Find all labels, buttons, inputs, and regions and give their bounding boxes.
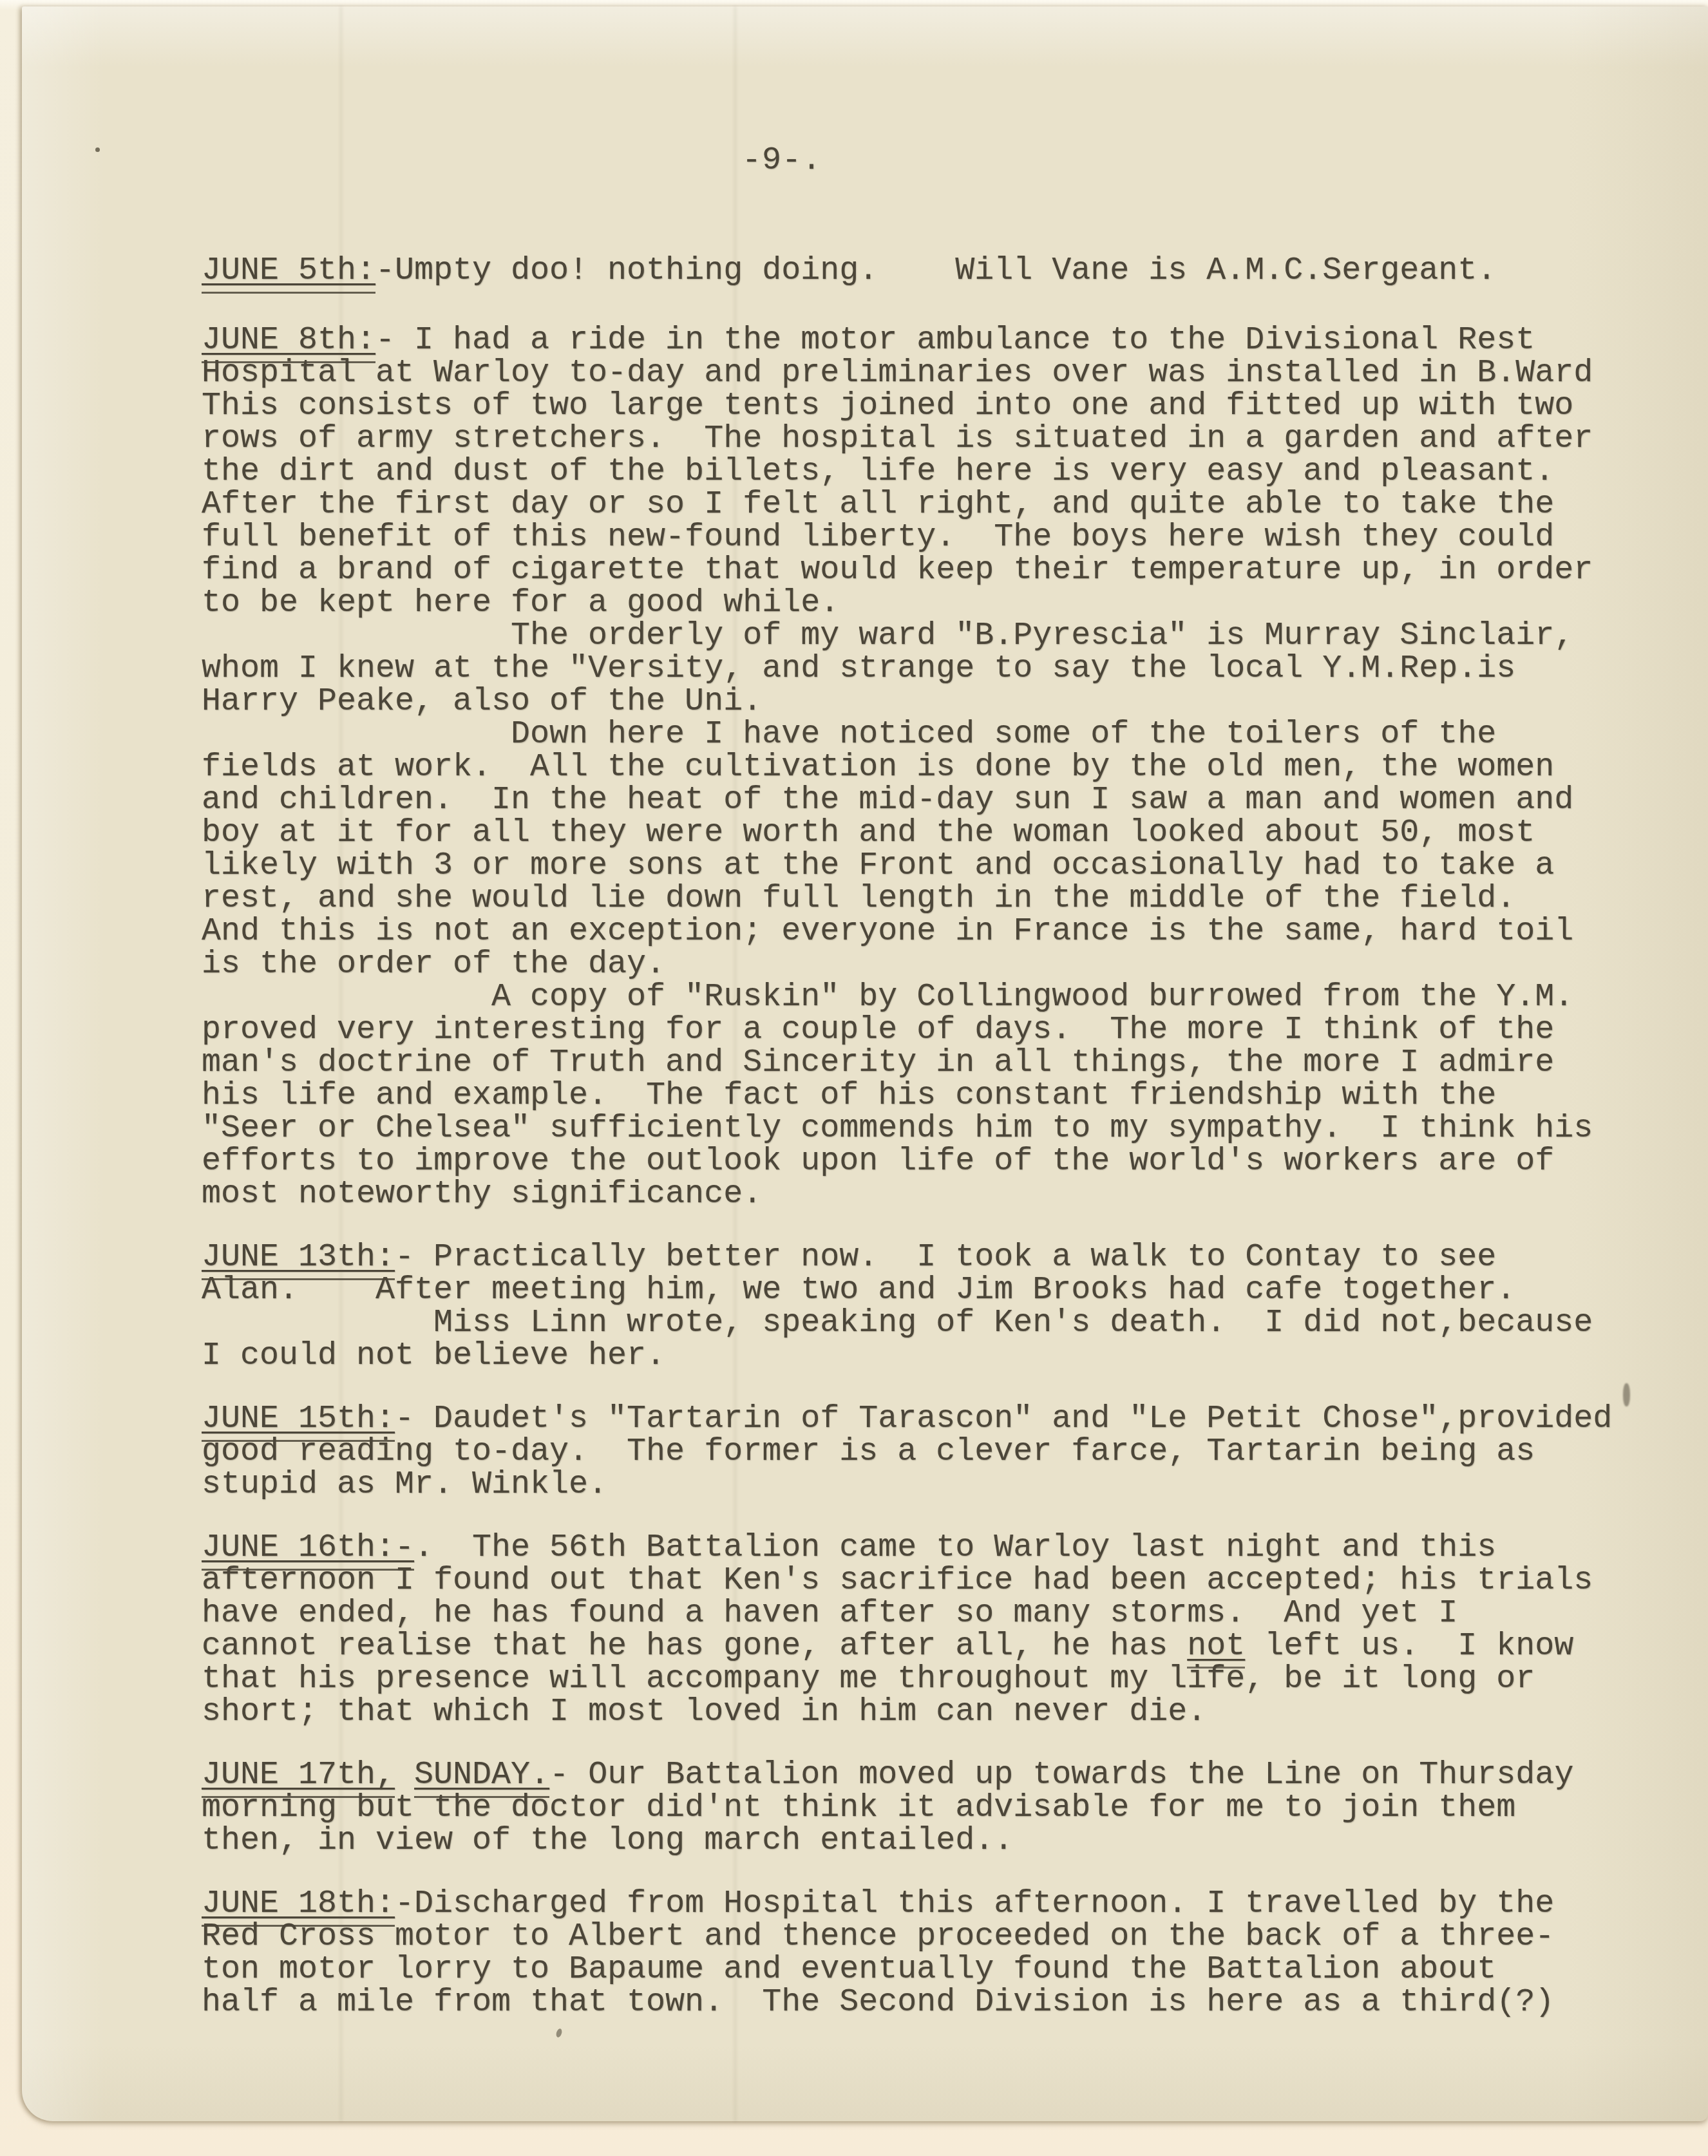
entry-line: JUNE 18th:-Discharged from Hospital this… — [202, 1887, 1683, 1920]
entry-line: I could not believe her. — [202, 1339, 1683, 1372]
entry-line: Hospital at Warloy to-day and preliminar… — [202, 357, 1683, 390]
entry-line: A copy of "Ruskin" by Collingwood burrow… — [202, 981, 1683, 1014]
entry-line: rows of army stretchers. The hospital is… — [202, 422, 1683, 455]
entry-line: is the order of the day. — [202, 948, 1683, 981]
diary-entry: JUNE 15th:- Daudet's "Tartarin of Tarasc… — [202, 1403, 1683, 1501]
scanned-document: -9-. JUNE 5th:-Umpty doo! nothing doing.… — [0, 0, 1708, 2156]
entry-line: and children. In the heat of the mid-day… — [202, 784, 1683, 817]
entry-line: to be kept here for a good while. — [202, 587, 1683, 619]
diary-entry: JUNE 13th:- Practically better now. I to… — [202, 1241, 1683, 1372]
entry-line: JUNE 8th:- I had a ride in the motor amb… — [202, 324, 1683, 357]
entry-line: find a brand of cigarette that would kee… — [202, 554, 1683, 587]
entry-line: likely with 3 or more sons at the Front … — [202, 849, 1683, 882]
diary-entry: JUNE 17th, SUNDAY.- Our Battalion moved … — [202, 1759, 1683, 1857]
entry-line: short; that which I most loved in him ca… — [202, 1696, 1683, 1728]
diary-entry: JUNE 5th:-Umpty doo! nothing doing. Will… — [202, 254, 1683, 287]
entry-date: JUNE 5th: — [202, 252, 375, 294]
entry-first-line-text: - Practically better now. I took a walk … — [395, 1239, 1496, 1276]
entry-line: proved very interesting for a couple of … — [202, 1014, 1683, 1046]
entry-line: then, in view of the long march entailed… — [202, 1824, 1683, 1857]
entry-line: Down here I have noticed some of the toi… — [202, 718, 1683, 751]
entry-line: This consists of two large tents joined … — [202, 390, 1683, 422]
entry-first-line-text: - Daudet's "Tartarin of Tarascon" and "L… — [395, 1401, 1612, 1437]
entry-line-text: left us. I know — [1245, 1628, 1573, 1665]
entry-line: full benefit of this new-found liberty. … — [202, 521, 1683, 554]
entry-line: half a mile from that town. The Second D… — [202, 1986, 1683, 2019]
entry-line: good reading to-day. The former is a cle… — [202, 1435, 1683, 1468]
entry-line: his life and example. The fact of his co… — [202, 1079, 1683, 1112]
diary-entries: JUNE 5th:-Umpty doo! nothing doing. Will… — [202, 254, 1683, 2049]
entry-line: cannot realise that he has gone, after a… — [202, 1630, 1683, 1663]
entry-line: "Seer or Chelsea" sufficiently commends … — [202, 1112, 1683, 1145]
entry-line: that his presence will accompany me thro… — [202, 1663, 1683, 1696]
entry-line: afternoon I found out that Ken's sacrifi… — [202, 1564, 1683, 1597]
entry-line: the dirt and dust of the billets, life h… — [202, 455, 1683, 488]
ink-speck — [95, 147, 100, 152]
entry-line: After the first day or so I felt all rig… — [202, 488, 1683, 521]
entry-line: JUNE 13th:- Practically better now. I to… — [202, 1241, 1683, 1274]
page-number: -9-. — [742, 144, 822, 177]
diary-entry: JUNE 16th:-. The 56th Battalion came to … — [202, 1531, 1683, 1728]
entry-line: whom I knew at the "Versity, and strange… — [202, 652, 1683, 685]
entry-line: morning but the doctor did'nt think it a… — [202, 1792, 1683, 1824]
entry-line: man's doctrine of Truth and Sincerity in… — [202, 1046, 1683, 1079]
entry-first-line-text: - Our Battalion moved up towards the Lin… — [549, 1757, 1573, 1793]
entry-line-text: cannot realise that he has gone, after a… — [202, 1628, 1187, 1665]
entry-line: most noteworthy significance. — [202, 1178, 1683, 1211]
entry-first-line-text: . The 56th Battalion came to Warloy last… — [414, 1529, 1496, 1566]
entry-line: rest, and she would lie down full length… — [202, 882, 1683, 915]
diary-entry: JUNE 8th:- I had a ride in the motor amb… — [202, 324, 1683, 1211]
entry-line: JUNE 15th:- Daudet's "Tartarin of Tarasc… — [202, 1403, 1683, 1435]
entry-line: Miss Linn wrote, speaking of Ken's death… — [202, 1307, 1683, 1339]
entry-first-line-text: -Discharged from Hospital this afternoon… — [395, 1886, 1554, 1922]
entry-line: And this is not an exception; everyone i… — [202, 915, 1683, 948]
entry-line: have ended, he has found a haven after s… — [202, 1597, 1683, 1630]
entry-line: Alan. After meeting him, we two and Jim … — [202, 1274, 1683, 1307]
entry-line: Red Cross motor to Albert and thence pro… — [202, 1920, 1683, 1953]
entry-first-line-text: -Umpty doo! nothing doing. Will Vane is … — [375, 252, 1496, 289]
entry-line: JUNE 17th, SUNDAY.- Our Battalion moved … — [202, 1759, 1683, 1792]
entry-line: efforts to improve the outlook upon life… — [202, 1145, 1683, 1178]
entry-line: fields at work. All the cultivation is d… — [202, 751, 1683, 784]
entry-line: stupid as Mr. Winkle. — [202, 1468, 1683, 1501]
entry-line: ton motor lorry to Bapaume and eventuall… — [202, 1953, 1683, 1986]
entry-line: The orderly of my ward "B.Pyrescia" is M… — [202, 619, 1683, 652]
ink-speck — [1623, 1383, 1630, 1406]
entry-line: boy at it for all they were worth and th… — [202, 817, 1683, 849]
entry-line: Harry Peake, also of the Uni. — [202, 685, 1683, 718]
entry-line: JUNE 5th:-Umpty doo! nothing doing. Will… — [202, 254, 1683, 287]
entry-line: JUNE 16th:-. The 56th Battalion came to … — [202, 1531, 1683, 1564]
diary-entry: JUNE 18th:-Discharged from Hospital this… — [202, 1887, 1683, 2019]
entry-first-line-text: - I had a ride in the motor ambulance to… — [375, 322, 1535, 359]
